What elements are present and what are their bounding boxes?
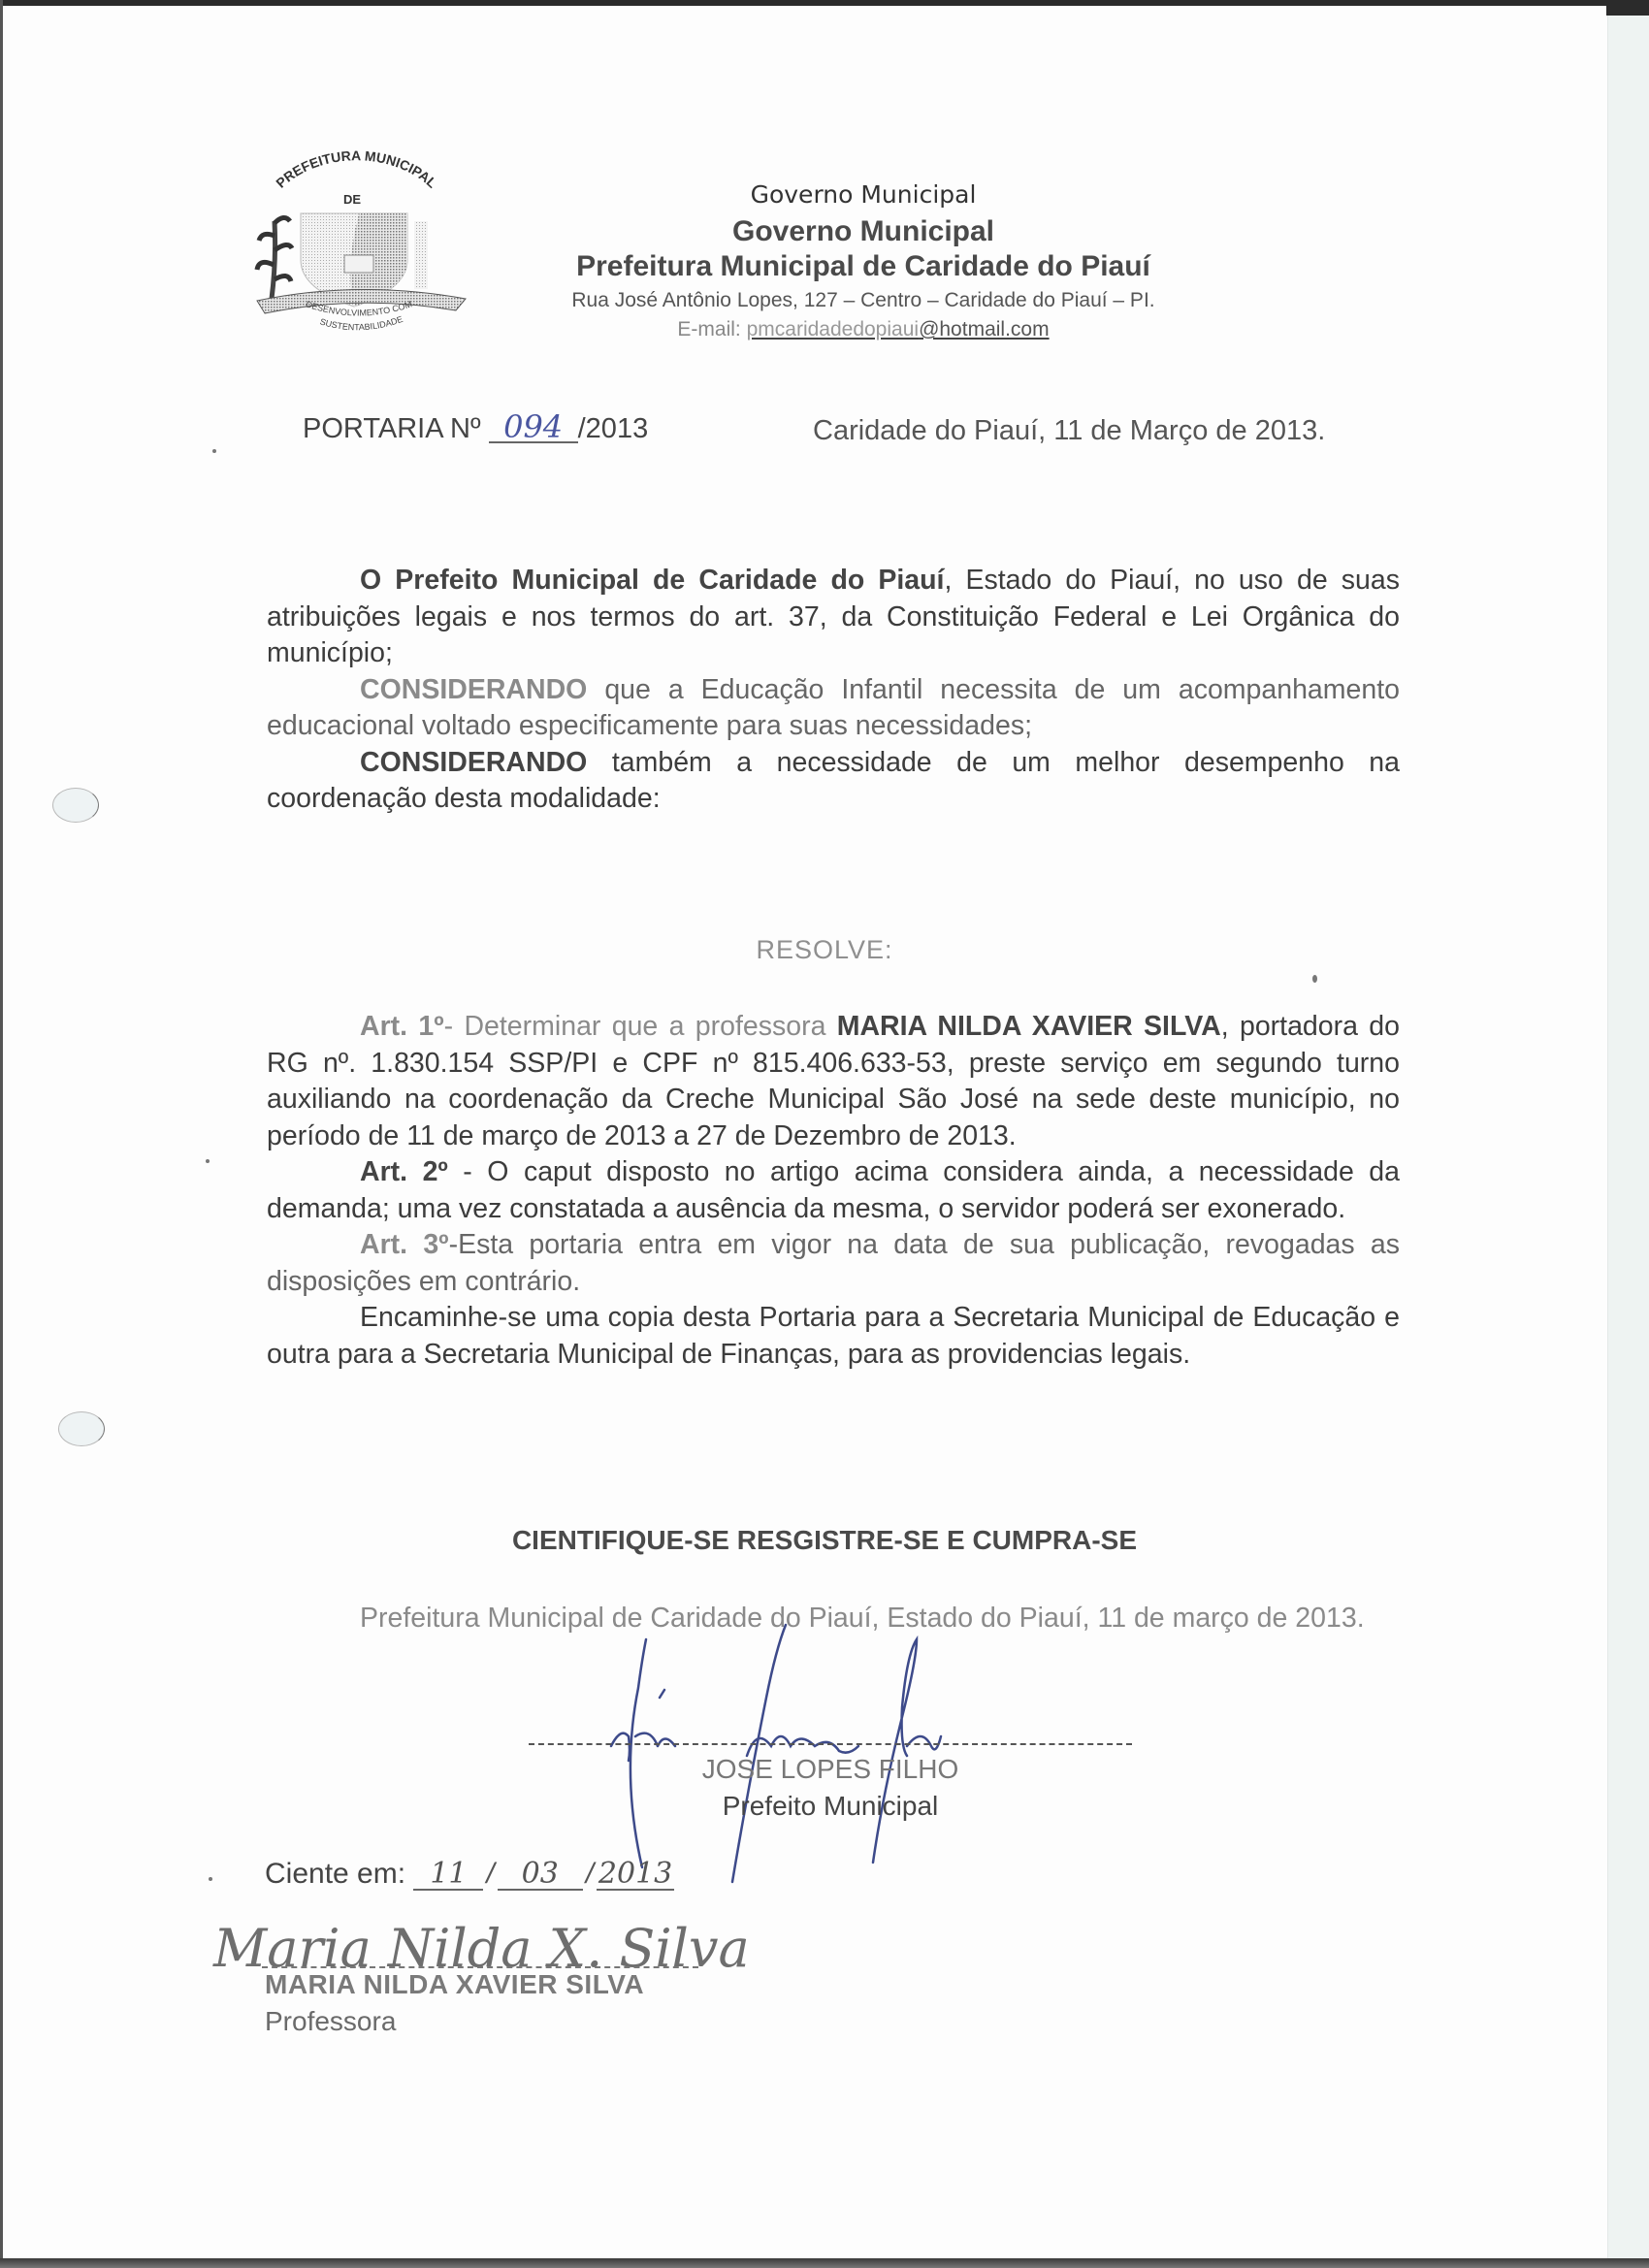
letterhead-government: Governo Municipal xyxy=(466,180,1261,209)
teacher-role: Professora xyxy=(265,2006,396,2037)
portaria-handwritten-number: 094 xyxy=(489,412,578,443)
letterhead-government-bold: Governo Municipal xyxy=(466,215,1261,248)
scan-speck xyxy=(1312,975,1317,983)
email-label: E-mail: xyxy=(677,318,746,340)
resolve-heading: RESOLVE: xyxy=(0,935,1649,965)
scan-edge-right xyxy=(1607,16,1649,2268)
article-1: Art. 1º- Determinar que a professora MAR… xyxy=(267,1009,1400,1154)
mayor-name: JOSE LOPES FILHO xyxy=(529,1754,1132,1785)
ciente-label: Ciente em: xyxy=(265,1858,413,1890)
closing-formula: CIENTIFIQUE-SE RESGISTRE-SE E CUMPRA-SE xyxy=(0,1525,1649,1556)
scan-speck xyxy=(206,1159,210,1163)
preamble-paragraph: O Prefeito Municipal de Caridade do Piau… xyxy=(267,563,1400,672)
teacher-signature-line xyxy=(262,1966,698,1968)
teacher-name: MARIA NILDA XAVIER SILVA xyxy=(265,1969,644,2000)
letterhead-prefeitura: Prefeitura Municipal de Caridade do Piau… xyxy=(466,250,1261,283)
ciente-year: 2013 xyxy=(597,1860,674,1891)
svg-text:DE: DE xyxy=(343,192,361,207)
ciente-day: 11 xyxy=(413,1860,483,1891)
punch-hole-bottom xyxy=(58,1411,105,1446)
mayor-handwritten-signature xyxy=(582,1601,1125,1892)
considerando-1: CONSIDERANDO que a Educação Infantil nec… xyxy=(267,672,1400,745)
article-3: Art. 3º-Esta portaria entra em vigor na … xyxy=(267,1227,1400,1300)
email-link[interactable]: pmcaridadedopiaui@hotmail.com xyxy=(747,318,1050,340)
scan-edge-top-right xyxy=(1606,0,1649,16)
portaria-label: PORTARIA Nº xyxy=(303,413,489,444)
scan-speck xyxy=(212,449,216,453)
mayor-signature-line xyxy=(529,1743,1132,1745)
letterhead-address: Rua José Antônio Lopes, 127 – Centro – C… xyxy=(466,289,1261,312)
scan-edge-left xyxy=(0,0,3,2268)
portaria-number: PORTARIA Nº 094/2013 xyxy=(303,412,648,445)
municipal-coat-of-arms-logo: PREFEITURA MUNICIPAL DE DESENVOLVIMENTO … xyxy=(247,144,470,347)
ciente-month: 03 xyxy=(498,1860,583,1891)
articles-section: Art. 1º- Determinar que a professora MAR… xyxy=(267,1009,1400,1373)
forwarding-paragraph: Encaminhe-se uma copia desta Portaria pa… xyxy=(267,1300,1400,1373)
scan-speck xyxy=(209,1877,212,1881)
scan-edge-top xyxy=(0,0,1649,6)
acknowledgement-date: Ciente em: 11/03/2013 xyxy=(265,1858,674,1891)
svg-text:PREFEITURA MUNICIPAL: PREFEITURA MUNICIPAL xyxy=(273,147,440,191)
considerando-2: CONSIDERANDO também a necessidade de um … xyxy=(267,745,1400,818)
mayor-role: Prefeito Municipal xyxy=(529,1791,1132,1822)
portaria-place-date: Caridade do Piauí, 11 de Março de 2013. xyxy=(813,415,1325,447)
article-2: Art. 2º - O caput disposto no artigo aci… xyxy=(267,1154,1400,1227)
portaria-year: /2013 xyxy=(578,413,649,444)
punch-hole-top xyxy=(52,788,99,823)
preamble-section: O Prefeito Municipal de Caridade do Piau… xyxy=(267,563,1400,818)
signing-place-date: Prefeitura Municipal de Caridade do Piau… xyxy=(267,1601,1400,1637)
letterhead-email: E-mail: pmcaridadedopiaui@hotmail.com xyxy=(466,318,1261,341)
scan-edge-bottom xyxy=(0,2258,1649,2268)
